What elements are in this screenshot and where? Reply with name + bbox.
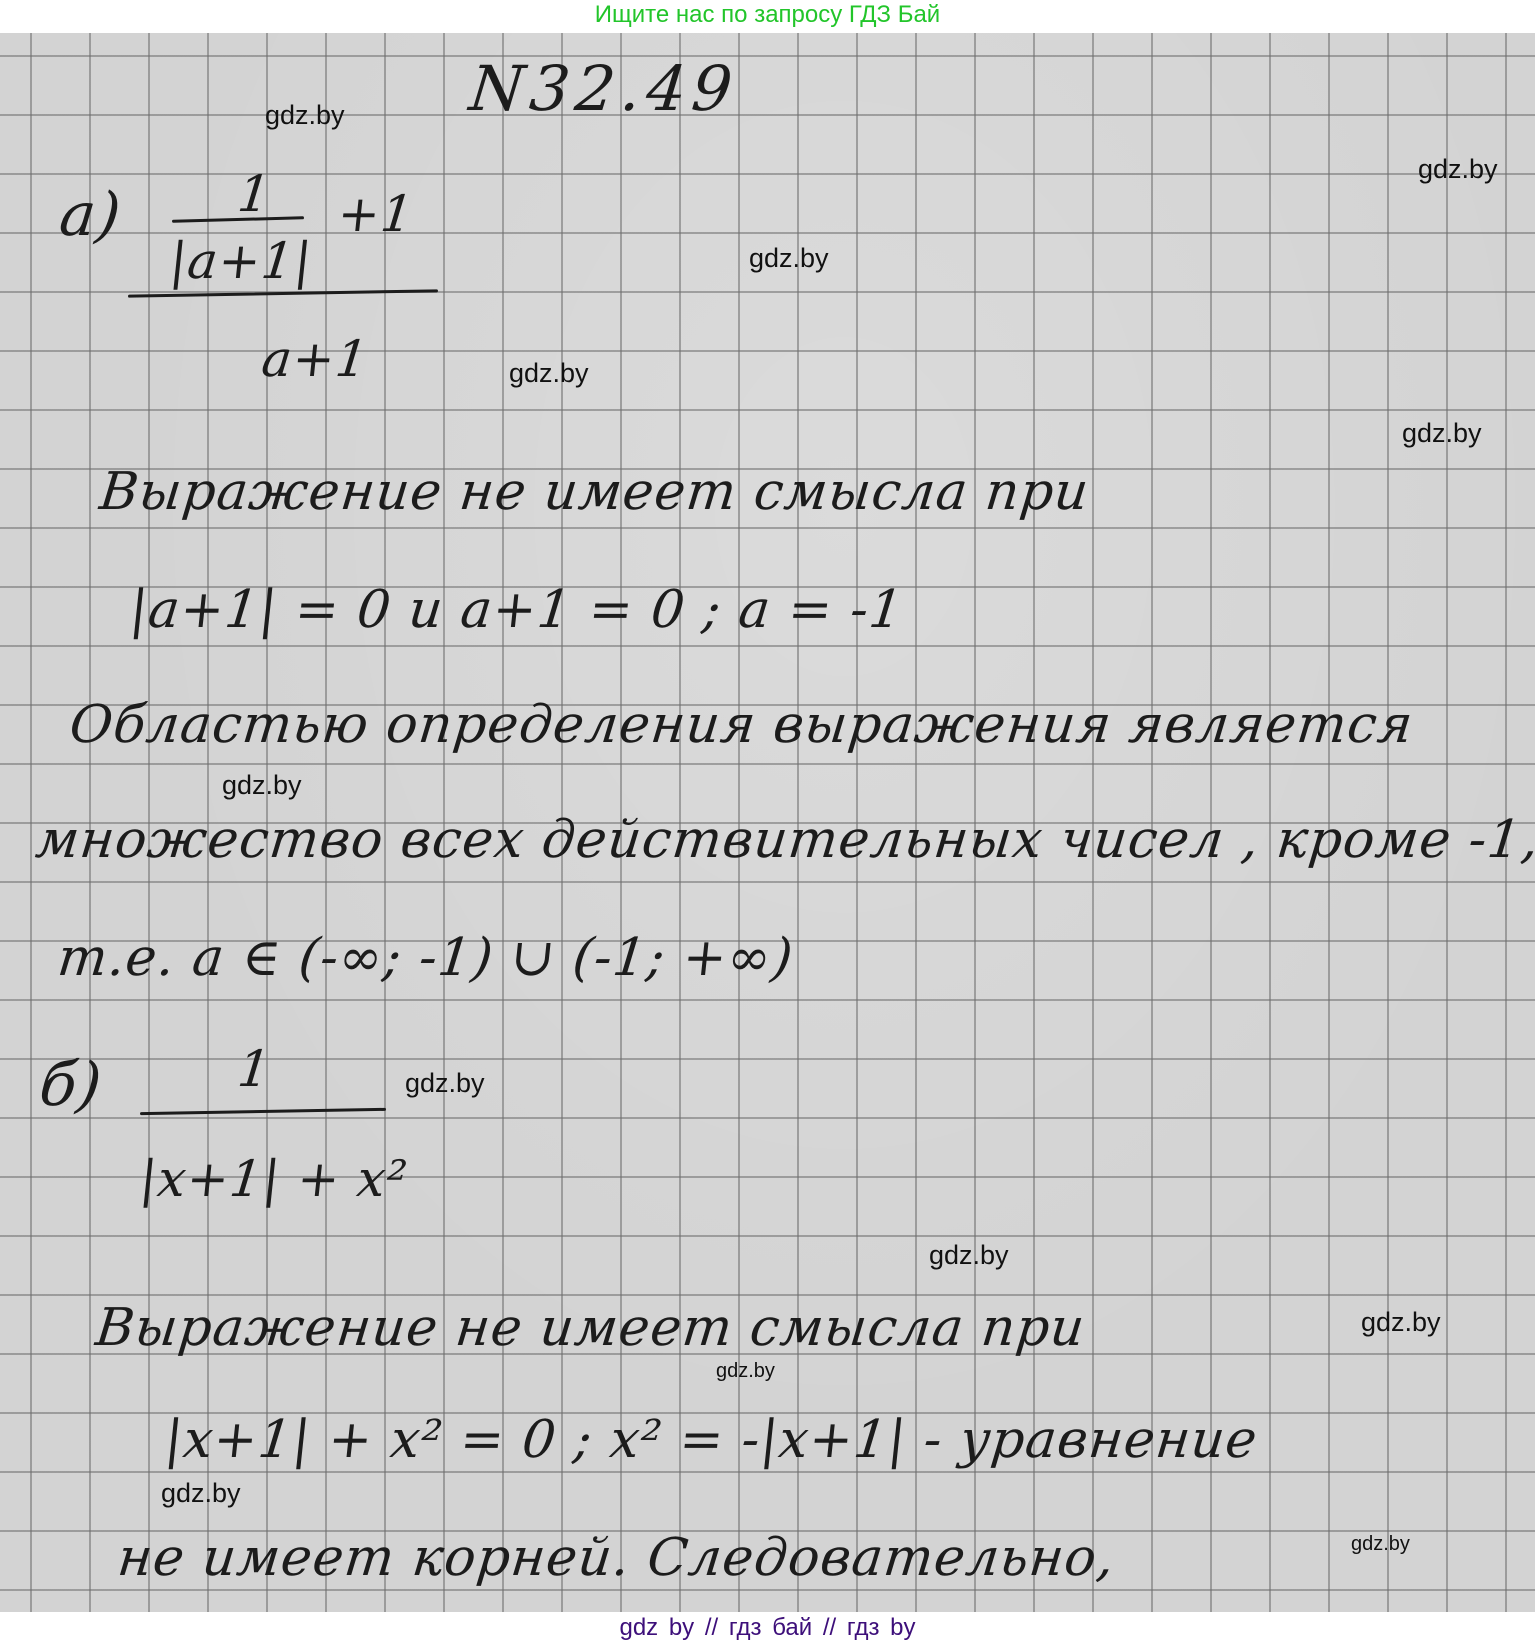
part-a-line-2: |a+1| = 0 и a+1 = 0 ; a = -1 [127, 580, 907, 640]
part-a-line-4: множество всех действительных чисел , кр… [33, 810, 1535, 870]
watermark: gdz.by [161, 1478, 241, 1509]
watermark: gdz.by [1351, 1533, 1410, 1556]
problem-number: N32.49 [466, 52, 741, 125]
part-b-line-1: Выражение не имеет смысла при [93, 1298, 1088, 1358]
part-b-line-3: не имеет корней. Следовательно, [115, 1528, 1118, 1588]
watermark: gdz.by [1402, 418, 1482, 449]
part-b-denominator: |x+1| + x² [137, 1150, 411, 1208]
watermark: gdz.by [265, 100, 345, 131]
watermark: gdz.by [509, 358, 589, 389]
part-a-line-5: т.е. a ∈ (-∞; -1) ∪ (-1; +∞) [55, 928, 796, 988]
watermark: gdz.by [716, 1360, 775, 1383]
part-a-denominator: a+1 [259, 330, 372, 388]
part-a-line-1: Выражение не имеет смысла при [97, 462, 1092, 522]
watermark: gdz.by [929, 1240, 1009, 1271]
watermark: gdz.by [405, 1068, 485, 1099]
part-a-inner-numerator: 1 [235, 165, 274, 223]
watermark: gdz.by [222, 770, 302, 801]
top-banner: Ищите нас по запросу ГДЗ Бай [0, 0, 1535, 33]
bottom-banner: gdz by // гдз бай // гдз by [0, 1612, 1535, 1644]
part-a-label: а) [56, 180, 125, 250]
watermark: gdz.by [749, 243, 829, 274]
part-a-line-3: Областью определения выражения является [67, 695, 1416, 755]
part-b-label: б) [36, 1050, 105, 1120]
watermark: gdz.by [1418, 154, 1498, 185]
part-a-plus-term: +1 [335, 185, 417, 243]
part-a-inner-denominator: |a+1| [167, 232, 315, 290]
part-b-numerator: 1 [235, 1040, 274, 1098]
part-b-line-2: |x+1| + x² = 0 ; x² = -|x+1| - уравнение [162, 1410, 1261, 1470]
watermark: gdz.by [1361, 1307, 1441, 1338]
